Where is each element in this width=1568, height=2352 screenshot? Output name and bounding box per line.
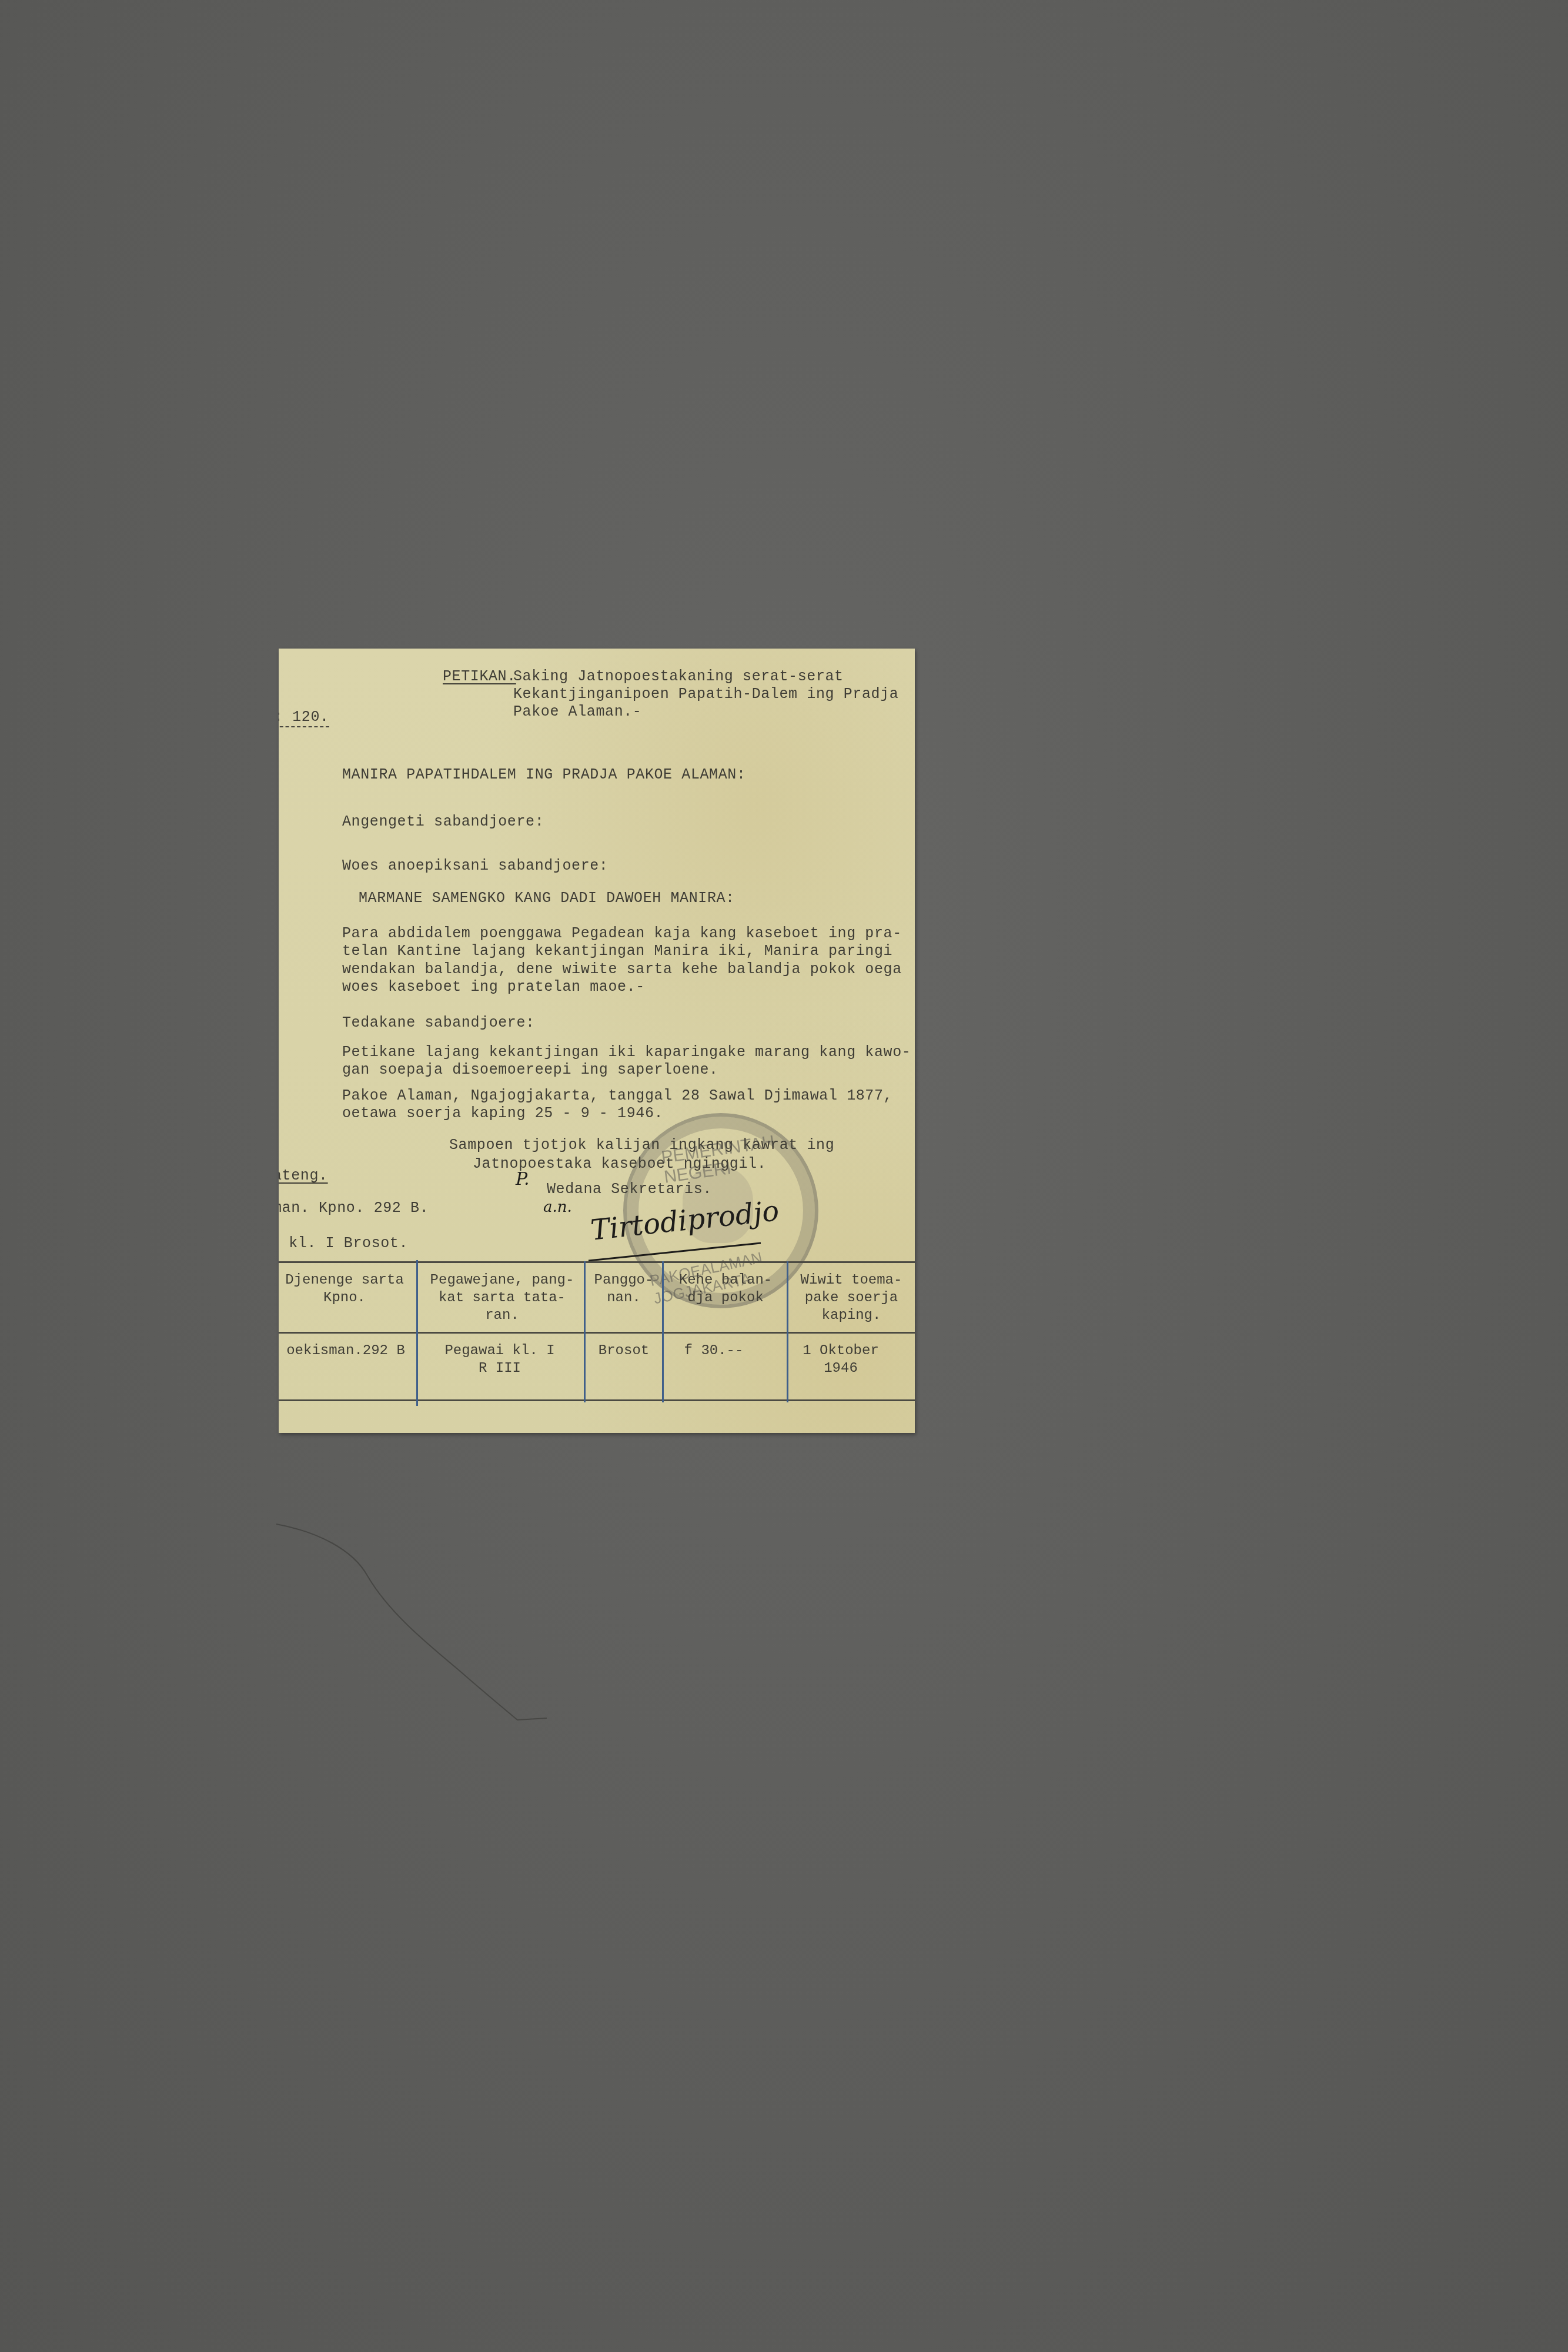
place-date-line: oetawa soerja kaping 25 - 9 - 1946. [342,1105,663,1122]
paragraph-line: telan Kantine lajang kekantjingan Manira… [342,943,892,960]
header-line-2: Kekantjinganipoen Papatih-Dalem ing Prad… [513,686,898,703]
header-line-3: Pakoe Alaman.- [513,703,641,721]
table-cell-name: oekisman.292 B [279,1342,417,1360]
document-page: PETIKAN. Saking Jatnopoestakaning serat-… [279,649,915,1433]
table-cell-salary: f 30.-- [664,1342,764,1360]
certification-line: Sampoen tjotjok kalijan ingkang kawrat i… [449,1137,834,1154]
considering-line: Angengeti sabandjoere: [342,813,544,831]
table-cell-rank: Pegawai kl. I R III [417,1342,582,1378]
place-date-line: Pakoe Alaman, Ngajogjakarta, tanggal 28 … [342,1087,892,1105]
initial-mark: P. [516,1169,530,1190]
signer-title: Wedana Sekretaris. [547,1181,712,1198]
petikan-label: PETIKAN. [443,668,516,686]
authority-line: MANIRA PAPATIHDALEM ING PRADJA PAKOE ALA… [342,766,746,784]
number-fragment: : 120. [279,709,329,727]
table-cell-start: 1 Oktober 1946 [788,1342,894,1378]
on-behalf-mark: a.n. [543,1198,572,1216]
having-read-line: Woes anoepiksani sabandjoere: [342,857,608,875]
distribution-line: Petikane lajang kekantjingan iki kaparin… [342,1044,911,1061]
paragraph-line: Para abdidalem poenggawa Pegadean kaja k… [342,925,902,943]
paragraph-line: wendakan balandja, dene wiwite sarta keh… [342,961,902,978]
further-line: Tedakane sabandjoere: [342,1014,535,1032]
paragraph-line: woes kaseboet ing pratelan maoe.- [342,978,645,996]
table-header-place: Panggo- nan. [586,1272,662,1307]
table-header-salary: Kehe balan- dja pokok [664,1272,787,1307]
distribution-line: gan soepaja disoemoereepi ing saperloene… [342,1061,718,1079]
table-header-start: Wiwit toema- pake soerja kaping. [788,1272,915,1325]
margin-fragment: man. Kpno. 292 B. [279,1200,429,1217]
table-cell-place: Brosot [586,1342,662,1360]
margin-fragment: ateng. [279,1167,328,1185]
decision-heading: MARMANE SAMENGKO KANG DADI DAWOEH MANIRA… [359,890,735,907]
background-fiber [265,1517,559,1740]
margin-fragment: i kl. I Brosot. [279,1235,408,1252]
table-header-name: Djenenge sarta Kpno. [279,1272,416,1307]
signature-underline [587,1240,764,1263]
table-header-rank: Pegawejane, pang- kat sarta tata- ran. [420,1272,584,1325]
header-line-1: Saking Jatnopoestakaning serat-serat [513,668,844,686]
